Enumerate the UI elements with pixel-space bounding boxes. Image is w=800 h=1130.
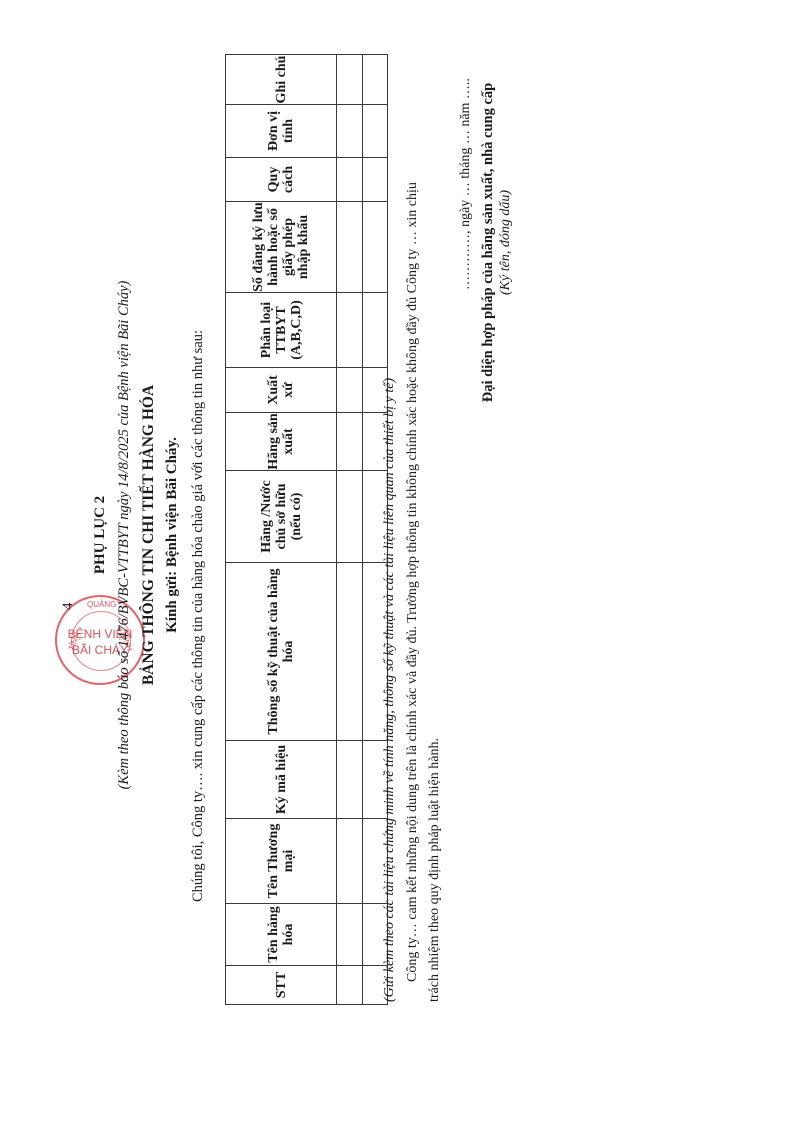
table-cell — [363, 202, 388, 293]
column-header-model-code: Ký mã hiệu — [226, 741, 337, 819]
table-cell — [337, 563, 363, 741]
table-cell — [363, 105, 388, 158]
column-header-manufacturer: Hãng sản xuất — [226, 413, 337, 471]
table-row — [337, 55, 363, 1005]
intro-paragraph: Chúng tôi, Công ty…. xin cung cấp các th… — [190, 330, 207, 902]
signature-note: (Ký tên, đóng dấu) — [498, 65, 514, 420]
column-header-stt: STT — [226, 966, 337, 1005]
table-cell — [363, 158, 388, 202]
table-cell — [337, 819, 363, 904]
column-header-origin: Xuất xứ — [226, 368, 337, 413]
table-cell — [337, 105, 363, 158]
table-cell — [337, 293, 363, 368]
column-header-trade-name: Tên Thương mại — [226, 819, 337, 904]
appendix-title: PHỤ LỤC 2 — [92, 0, 109, 1130]
table-cell — [363, 293, 388, 368]
date-line: …………, ngày … tháng … năm ….. — [458, 78, 474, 290]
column-header-unit: Đơn vị tính — [226, 105, 337, 158]
column-header-registration-number: Số đăng ký lưu hành hoặc số giấy phép nh… — [226, 202, 337, 293]
table-cell — [337, 158, 363, 202]
column-header-goods-name: Tên hàng hóa — [226, 904, 337, 966]
table-cell — [337, 904, 363, 966]
table-cell — [337, 966, 363, 1005]
recipient-line: Kính gửi: Bệnh viện Bãi Cháy. — [164, 0, 181, 1130]
signer-title: Đại diện hợp pháp của hãng sản xuất, nhà… — [480, 65, 497, 420]
column-header-classification: Phân loại TTBYT (A,B,C,D) — [226, 293, 337, 368]
table-cell — [363, 55, 388, 105]
column-header-owner: Hãng /Nước chủ sở hữu (nếu có) — [226, 471, 337, 563]
column-header-packaging: Quy cách — [226, 158, 337, 202]
table-cell — [337, 741, 363, 819]
column-header-notes: Ghi chú — [226, 55, 337, 105]
table-cell — [337, 471, 363, 563]
commitment-line-2: trách nhiệm theo quy định pháp luật hiện… — [427, 738, 443, 1002]
document-heading: BẢNG THÔNG TIN CHI TIẾT HÀNG HÓA — [140, 0, 158, 1130]
table-header-row: STT Tên hàng hóa Tên Thương mại Ký mã hi… — [226, 55, 337, 1005]
document-page: 4 QUẢNG TỈNH NINH BỆNH VIỆN BÃI CHÁY PHỤ… — [0, 0, 800, 1130]
table-cell — [337, 413, 363, 471]
table-cell — [337, 55, 363, 105]
commitment-line-1: Công ty… cam kết những nội dung trên là … — [405, 182, 421, 982]
attachment-note: (Gửi kèm theo các tài liệu chứng minh về… — [382, 378, 398, 1002]
table-cell — [337, 368, 363, 413]
column-header-specifications: Thông số kỹ thuật của hàng hóa — [226, 563, 337, 741]
appendix-subtitle: (Kèm theo thông báo số 1476/BVBC-VTTBYT … — [116, 0, 133, 1130]
table-cell — [337, 202, 363, 293]
goods-detail-table: STT Tên hàng hóa Tên Thương mại Ký mã hi… — [225, 54, 388, 1005]
